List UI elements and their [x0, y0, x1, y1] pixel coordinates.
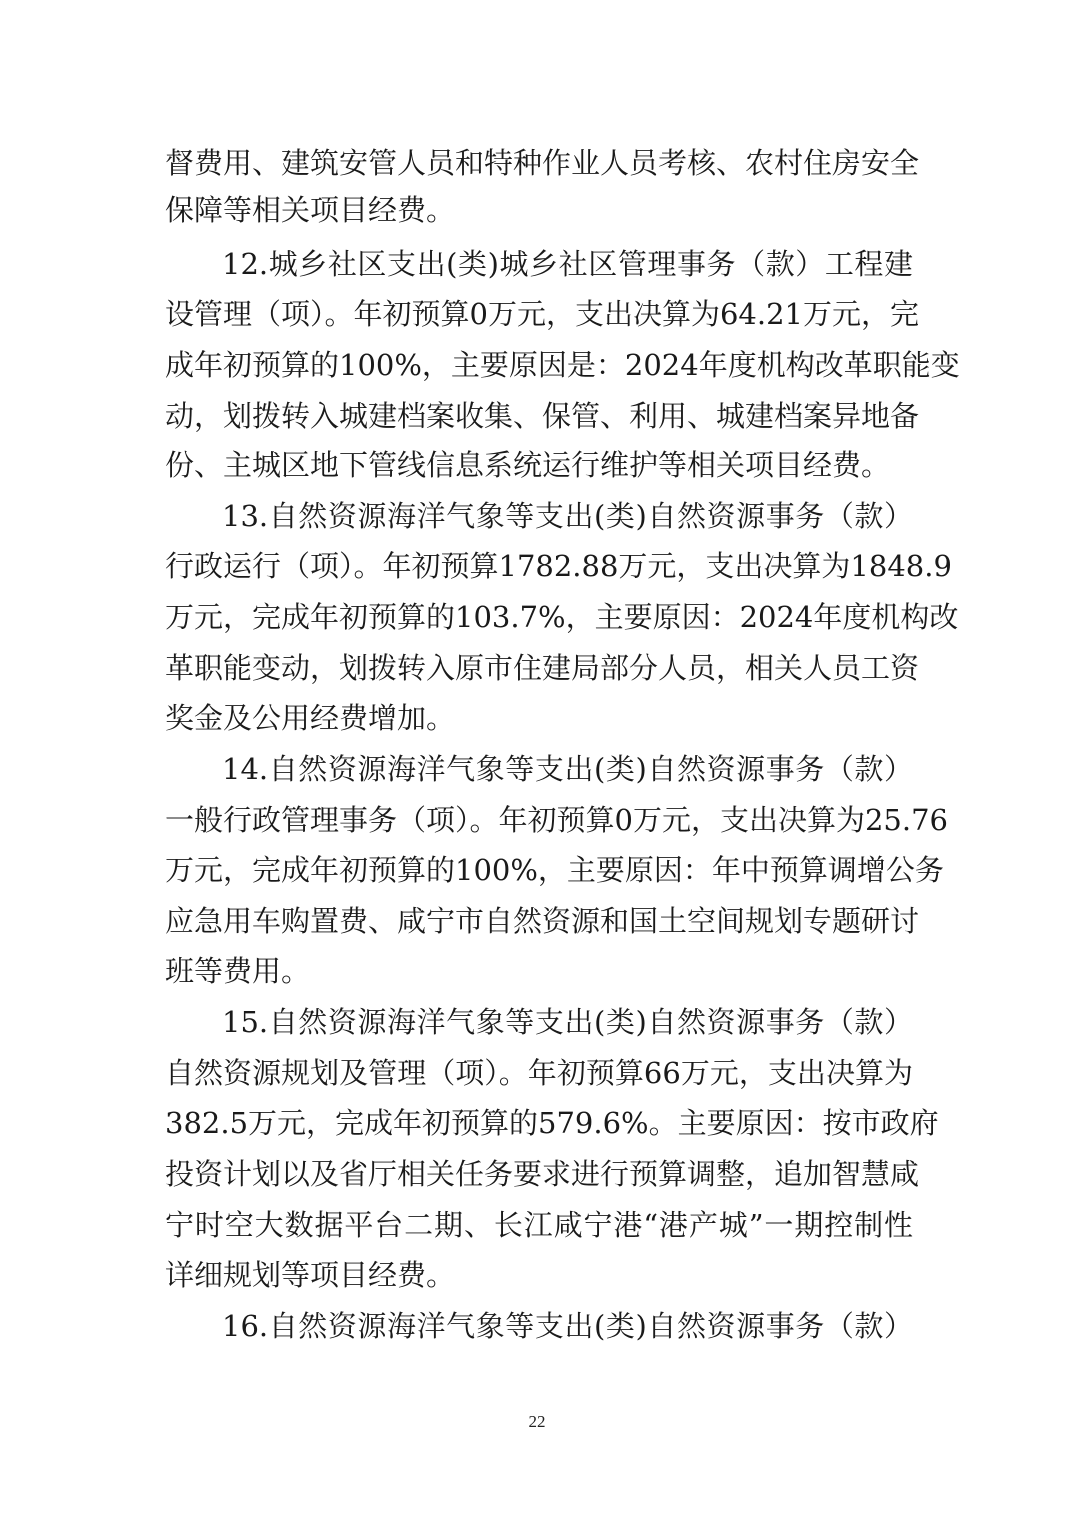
paragraph-line: 13.自然资源海洋气象等支出(类)自然资源事务（款） — [222, 496, 913, 536]
paragraph-line: 宁时空大数据平台二期、长江咸宁港“港产城”一期控制性 — [165, 1205, 913, 1245]
paragraph-line: 12.城乡社区支出(类)城乡社区管理事务（款）工程建 — [222, 244, 913, 284]
paragraph-line: 382.5万元，完成年初预算的579.6%。主要原因：按市政府 — [165, 1103, 913, 1143]
paragraph-line: 份、主城区地下管线信息系统运行维护等相关项目经费。 — [165, 445, 913, 485]
paragraph-line: 14.自然资源海洋气象等支出(类)自然资源事务（款） — [222, 749, 913, 789]
paragraph-line: 应急用车购置费、咸宁市自然资源和国土空间规划专题研讨 — [165, 901, 913, 941]
paragraph-line: 15.自然资源海洋气象等支出(类)自然资源事务（款） — [222, 1002, 913, 1042]
paragraph-line: 16.自然资源海洋气象等支出(类)自然资源事务（款） — [222, 1306, 913, 1346]
paragraph-line: 万元，完成年初预算的100%，主要原因：年中预算调增公务 — [165, 850, 913, 890]
paragraph-line: 督费用、建筑安管人员和特种作业人员考核、农村住房安全 — [165, 143, 913, 183]
paragraph-line: 奖金及公用经费增加。 — [165, 698, 913, 738]
paragraph-line: 革职能变动，划拨转入原市住建局部分人员，相关人员工资 — [165, 648, 913, 688]
paragraph-line: 自然资源规划及管理（项）。年初预算66万元，支出决算为 — [165, 1053, 913, 1093]
paragraph-line: 保障等相关项目经费。 — [165, 190, 913, 230]
document-page: 督费用、建筑安管人员和特种作业人员考核、农村住房安全 保障等相关项目经费。 12… — [0, 0, 1074, 1520]
paragraph-line: 动，划拨转入城建档案收集、保管、利用、城建档案异地备 — [165, 396, 913, 436]
paragraph-line: 万元，完成年初预算的103.7%，主要原因：2024年度机构改 — [165, 597, 913, 637]
paragraph-line: 班等费用。 — [165, 951, 913, 991]
paragraph-line: 设管理（项）。年初预算0万元，支出决算为64.21万元，完 — [165, 294, 913, 334]
paragraph-line: 一般行政管理事务（项）。年初预算0万元，支出决算为25.76 — [165, 800, 913, 840]
paragraph-line: 详细规划等项目经费。 — [165, 1255, 913, 1295]
page-number: 22 — [0, 1412, 1074, 1432]
paragraph-line: 行政运行（项）。年初预算1782.88万元，支出决算为1848.9 — [165, 546, 913, 586]
paragraph-line: 投资计划以及省厅相关任务要求进行预算调整，追加智慧咸 — [165, 1154, 913, 1194]
paragraph-line: 成年初预算的100%，主要原因是：2024年度机构改革职能变 — [165, 345, 913, 385]
